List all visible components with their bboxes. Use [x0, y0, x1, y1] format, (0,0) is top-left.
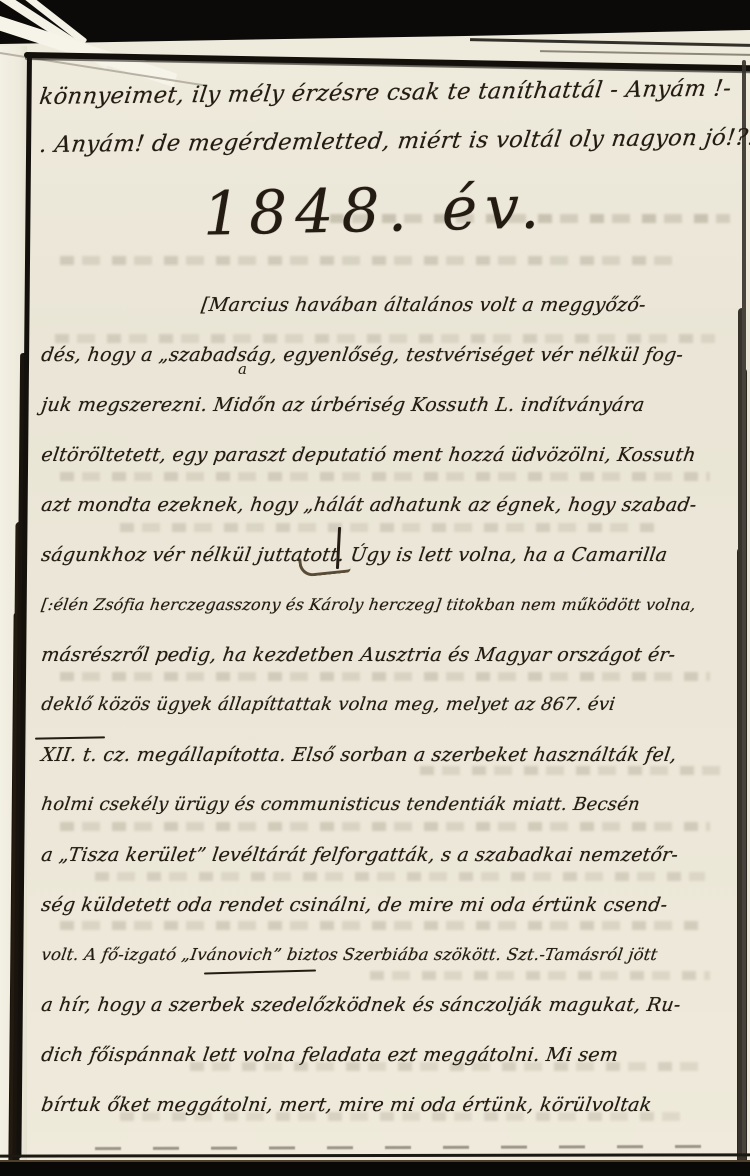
manuscript-line: holmi csekély ürügy és communisticus ten… — [38, 780, 750, 830]
page-bottom-edge-line — [0, 1153, 750, 1157]
manuscript-line: juk megszerezni. Midőn az úrbériség Koss… — [38, 380, 750, 430]
manuscript-line: másrészről pedig, ha kezdetben Ausztria … — [38, 630, 750, 680]
manuscript-line: a hír, hogy a szerbek szedelőzködnek és … — [38, 980, 750, 1030]
scan-black-edge-bottom — [0, 1160, 750, 1176]
manuscript-line: [:élén Zsófia herczegasszony és Károly h… — [38, 580, 750, 630]
inserted-letter-mark: a — [238, 360, 247, 378]
manuscript-line: volt. A fő-izgató „Ivánovich” biztos Sze… — [38, 930, 750, 980]
paper-stack-edge-line — [540, 50, 750, 56]
manuscript-line: könnyeimet, ily mély érzésre csak te tan… — [38, 76, 733, 110]
bleed-through-line — [60, 256, 680, 265]
manuscript-line: [Marcius havában általános volt a meggyő… — [38, 280, 750, 330]
manuscript-line: eltöröltetett, egy paraszt deputatió men… — [38, 430, 750, 480]
manuscript-line: deklő közös ügyek állapíttattak volna me… — [38, 680, 750, 730]
scan-black-edge-top — [0, 0, 750, 46]
manuscript-line: ságunkhoz vér nélkül juttatott. Úgy is l… — [38, 530, 750, 580]
manuscript-line: XII. t. cz. megállapította. Első sorban … — [38, 730, 750, 780]
manuscript-paragraph: [Marcius havában általános volt a meggyő… — [38, 280, 743, 1130]
scanned-manuscript-page: könnyeimet, ily mély érzésre csak te tan… — [0, 0, 750, 1176]
scan-smudge-line — [95, 1145, 715, 1150]
manuscript-line: dés, hogy a „szabadság, egyenlőség, test… — [38, 330, 750, 380]
paper-stack-edge-line — [470, 38, 750, 47]
manuscript-line: ség küldetett oda rendet csinálni, de mi… — [38, 880, 750, 930]
manuscript-line: . Anyám! de megérdemletted, miért is vol… — [38, 124, 750, 158]
manuscript-line: bírtuk őket meggátolni, mert, mire mi od… — [38, 1080, 750, 1130]
chapter-heading: 1848. év. — [0, 168, 750, 254]
manuscript-line: dich főispánnak lett volna feladata ezt … — [38, 1030, 750, 1080]
manuscript-line: azt mondta ezeknek, hogy „hálát adhatunk… — [38, 480, 750, 530]
manuscript-line: a „Tisza kerület” levéltárát felforgattá… — [38, 830, 750, 880]
